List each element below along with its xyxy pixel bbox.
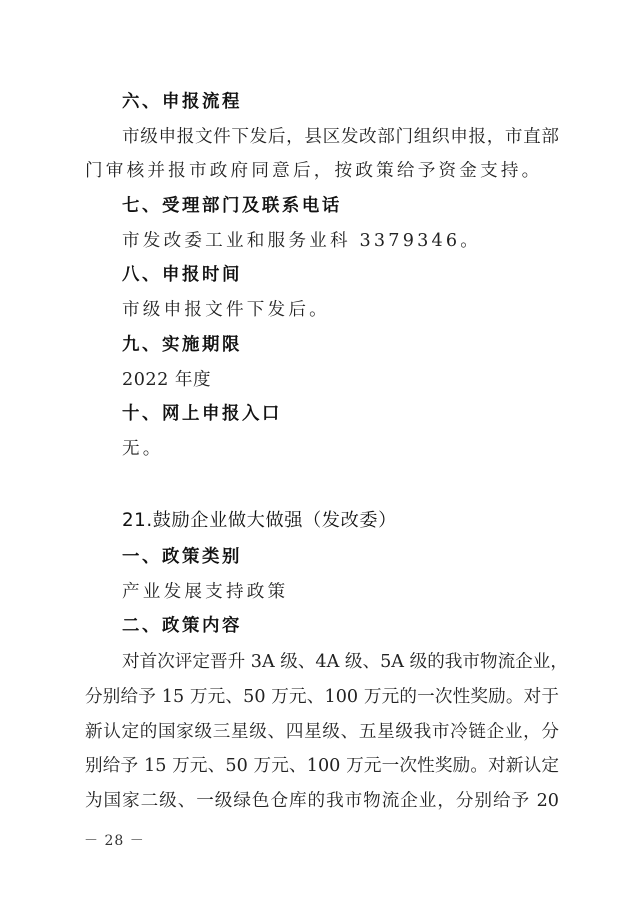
online-entry-text: 无。 <box>122 437 559 461</box>
section-heading-contact: 七、受理部门及联系电话 <box>122 194 596 218</box>
paragraph-line: 对首次评定晋升 3A 级、4A 级、5A 级的我市物流企业， <box>122 650 559 674</box>
paragraph-line: 别给予 15 万元、50 万元、100 万元一次性奖励。对新认定 <box>85 754 559 778</box>
paragraph-line: 分别给予 15 万元、50 万元、100 万元的一次性奖励。对于 <box>85 685 559 709</box>
policy-category-text: 产业发展支持政策 <box>122 580 559 604</box>
paragraph-line: 门审核并报市政府同意后，按政策给予资金支持。 <box>85 159 559 183</box>
section-heading-application-process: 六、申报流程 <box>122 90 596 114</box>
section-heading-implementation-period: 九、实施期限 <box>122 333 596 357</box>
page-number: － 28 － <box>84 831 145 851</box>
paragraph-line: 新认定的国家级三星级、四星级、五星级我市冷链企业，分 <box>85 720 559 744</box>
implementation-period-text: 2022 年度 <box>122 368 559 392</box>
paragraph-line: 为国家二级、一级绿色仓库的我市物流企业，分别给予 20 <box>85 789 559 813</box>
contact-text: 市发改委工业和服务业科 3379346。 <box>122 229 559 253</box>
policy-title: 21.鼓励企业做大做强（发改委） <box>122 509 596 533</box>
section-heading-policy-category: 一、政策类别 <box>122 545 596 569</box>
section-heading-application-time: 八、申报时间 <box>122 263 596 287</box>
paragraph-line: 市级申报文件下发后，县区发改部门组织申报，市直部 <box>122 125 559 149</box>
document-page: 六、申报流程 市级申报文件下发后，县区发改部门组织申报，市直部 门审核并报市政府… <box>0 0 642 907</box>
section-heading-policy-content: 二、政策内容 <box>122 614 596 638</box>
section-heading-online-entry: 十、网上申报入口 <box>122 402 596 426</box>
application-time-text: 市级申报文件下发后。 <box>122 298 559 322</box>
